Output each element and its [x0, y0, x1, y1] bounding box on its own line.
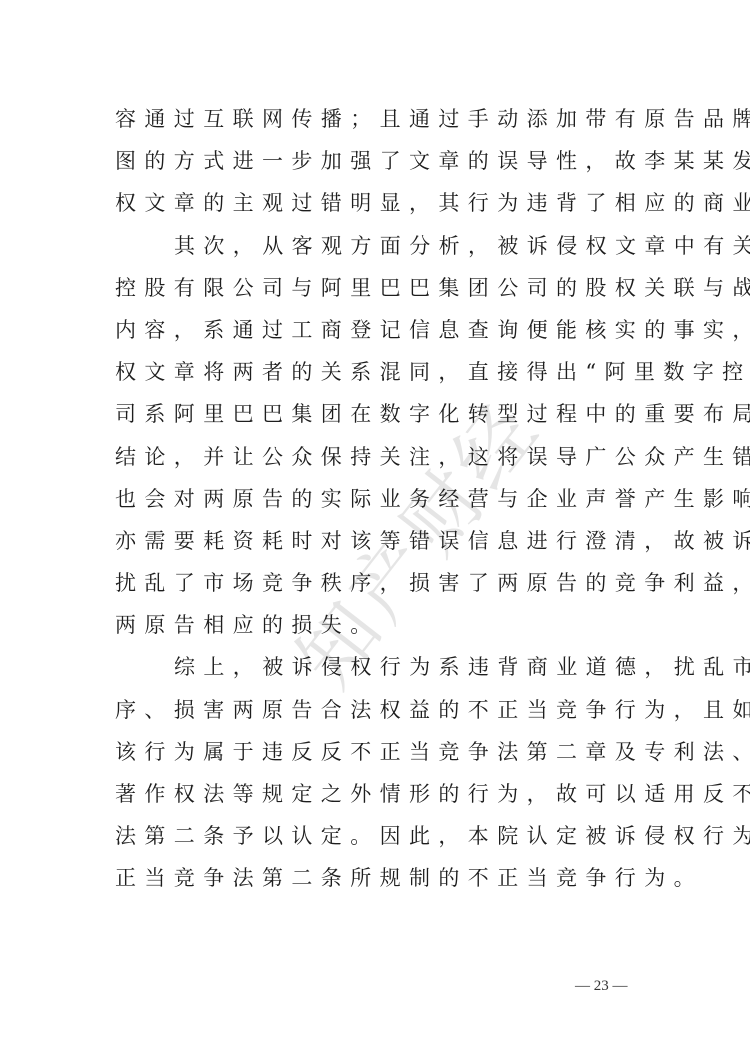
paragraph-1: 容通过互联网传播；且通过手动添加带有原告品牌标识的配 图的方式进一步加强了文章的… [115, 98, 655, 225]
text-line: 权文章将两者的关系混同，直接得出“阿里数字控股有限公 [115, 351, 655, 393]
body-text: 容通过互联网传播；且通过手动添加带有原告品牌标识的配 图的方式进一步加强了文章的… [115, 98, 655, 900]
text-line: 图的方式进一步加强了文章的误导性，故李某某发布被诉侵 [115, 140, 655, 182]
text-line: 控股有限公司与阿里巴巴集团公司的股权关联与战略布局 [115, 267, 655, 309]
text-line: 结论，并让公众保持关注，这将误导广公众产生错误认知， [115, 436, 655, 478]
text-line: 亦需要耗资耗时对该等错误信息进行澄清，故被诉侵权行为 [115, 520, 655, 562]
text-line: 法第二条予以认定。因此，本院认定被诉侵权行为构成反不 [115, 815, 655, 857]
text-line: 内容，系通过工商登记信息查询便能核实的事实，而被诉侵 [115, 309, 655, 351]
text-line: 也会对两原告的实际业务经营与企业声誉产生影响，两原告 [115, 478, 655, 520]
text-line: 序、损害两原告合法权益的不正当竞争行为，且如上所述， [115, 689, 655, 731]
text-line: 综上，被诉侵权行为系违背商业道德，扰乱市场竞争秩 [115, 646, 655, 688]
text-line: 该行为属于违反反不正当竞争法第二章及专利法、商标法、 [115, 731, 655, 773]
text-line: 著作权法等规定之外情形的行为，故可以适用反不正当竞争 [115, 773, 655, 815]
text-line: 司系阿里巴巴集团在数字化转型过程中的重要布局之一”的 [115, 393, 655, 435]
paragraph-2: 其次，从客观方面分析，被诉侵权文章中有关阿里数字 控股有限公司与阿里巴巴集团公司… [115, 225, 655, 647]
text-line: 容通过互联网传播；且通过手动添加带有原告品牌标识的配 [115, 98, 655, 140]
text-line: 扰乱了市场竞争秩序，损害了两原告的竞争利益，亦造成了 [115, 562, 655, 604]
text-line: 正当竞争法第二条所规制的不正当竞争行为。 [115, 857, 655, 899]
text-line: 其次，从客观方面分析，被诉侵权文章中有关阿里数字 [115, 225, 655, 267]
text-line: 两原告相应的损失。 [115, 604, 655, 646]
document-page: 知产财经 容通过互联网传播；且通过手动添加带有原告品牌标识的配 图的方式进一步加… [0, 0, 750, 1061]
text-line: 权文章的主观过错明显，其行为违背了相应的商业道德。 [115, 182, 655, 224]
page-number: — 23 — [575, 978, 628, 995]
paragraph-3: 综上，被诉侵权行为系违背商业道德，扰乱市场竞争秩 序、损害两原告合法权益的不正当… [115, 646, 655, 899]
